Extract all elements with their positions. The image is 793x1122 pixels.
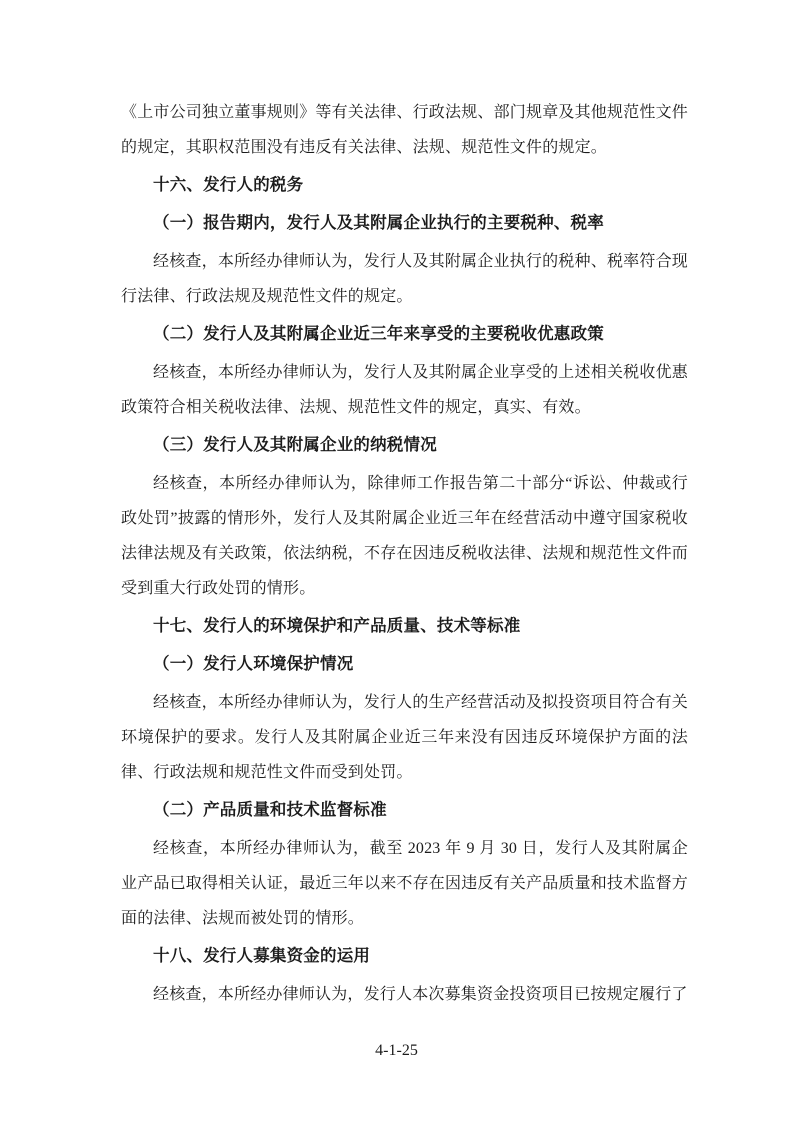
subsection-heading: （一）报告期内，发行人及其附属企业执行的主要税种、税率 <box>121 206 688 241</box>
section-heading: 十七、发行人的环境保护和产品质量、技术等标准 <box>121 609 688 644</box>
page-body: 《上市公司独立董事规则》等有关法律、行政法规、部门规章及其他规范性文件的规定，其… <box>121 95 688 1012</box>
paragraph: 《上市公司独立董事规则》等有关法律、行政法规、部门规章及其他规范性文件的规定，其… <box>121 95 688 165</box>
paragraph: 经核查，本所经办律师认为，发行人及其附属企业执行的税种、税率符合现行法律、行政法… <box>121 244 688 314</box>
subsection-heading: （二）发行人及其附属企业近三年来享受的主要税收优惠政策 <box>121 317 688 352</box>
paragraph: 经核查，本所经办律师认为，除律师工作报告第二十部分“诉讼、仲裁或行政处罚”披露的… <box>121 466 688 606</box>
paragraph: 经核查，本所经办律师认为，发行人本次募集资金投资项目已按规定履行了 <box>121 977 688 1012</box>
section-heading: 十八、发行人募集资金的运用 <box>121 939 688 974</box>
document-page: 《上市公司独立董事规则》等有关法律、行政法规、部门规章及其他规范性文件的规定，其… <box>0 0 793 1122</box>
paragraph: 经核查，本所经办律师认为，截至 2023 年 9 月 30 日，发行人及其附属企… <box>121 831 688 936</box>
page-number: 4-1-25 <box>0 1043 793 1059</box>
subsection-heading: （二）产品质量和技术监督标准 <box>121 793 688 828</box>
paragraph: 经核查，本所经办律师认为，发行人及其附属企业享受的上述相关税收优惠政策符合相关税… <box>121 355 688 425</box>
paragraph: 经核查，本所经办律师认为，发行人的生产经营活动及拟投资项目符合有关环境保护的要求… <box>121 685 688 790</box>
subsection-heading: （三）发行人及其附属企业的纳税情况 <box>121 428 688 463</box>
subsection-heading: （一）发行人环境保护情况 <box>121 647 688 682</box>
section-heading: 十六、发行人的税务 <box>121 168 688 203</box>
